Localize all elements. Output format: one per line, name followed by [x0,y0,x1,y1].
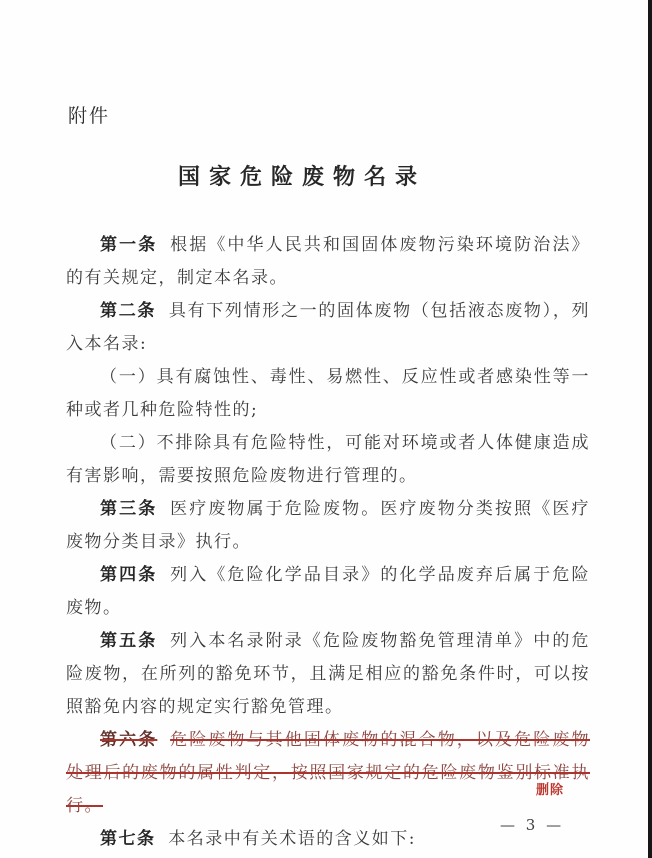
article-2-item-1: （一）具有腐蚀性、毒性、易燃性、反应性或者感染性等一种或者几种危险特性的; [66,361,590,427]
article-2-item-2: （二）不排除具有危险特性，可能对环境或者人体健康造成有害影响，需要按照危险废物进… [66,427,590,493]
article-5-paragraph: 第五条列入本名录附录《危险废物豁免管理清单》中的危险废物，在所列的豁免环节，且满… [66,625,590,724]
article-2-paragraph: 第二条具有下列情形之一的固体废物（包括液态废物），列入本名录: [66,295,590,361]
scan-edge-line [648,0,652,858]
document-body: 第一条根据《中华人民共和国固体废物污染环境防治法》的有关规定，制定本名录。 第二… [66,229,590,856]
article-7-label: 第七条 [100,829,156,849]
document-title: 国家危险废物名录 [0,160,604,191]
attachment-label: 附件 [68,101,110,128]
page-number: — 3 — [500,816,564,834]
article-4-label: 第四条 [100,565,157,585]
article-6-paragraph-deleted: 第六条危险废物与其他固体废物的混合物，以及危险废物处理后的废物的属性判定，按照国… [66,724,590,823]
article-5-label: 第五条 [100,631,157,651]
document-page: 附件 国家危险废物名录 第一条根据《中华人民共和国固体废物污染环境防治法》的有关… [0,0,652,858]
article-6-label: 第六条 [100,730,157,750]
article-2-item-1-text: （一）具有腐蚀性、毒性、易燃性、反应性或者感染性等一种或者几种危险特性的; [66,367,590,420]
article-2-item-2-text: （二）不排除具有危险特性，可能对环境或者人体健康造成有害影响，需要按照危险废物进… [66,433,590,486]
article-1-label: 第一条 [100,235,157,255]
article-1-paragraph: 第一条根据《中华人民共和国固体废物污染环境防治法》的有关规定，制定本名录。 [66,229,590,295]
article-3-paragraph: 第三条医疗废物属于危险废物。医疗废物分类按照《医疗废物分类目录》执行。 [66,493,590,559]
article-2-label: 第二条 [100,301,156,321]
article-7-text: 本名录中有关术语的含义如下: [168,829,416,849]
article-3-label: 第三条 [100,499,157,519]
article-4-paragraph: 第四条列入《危险化学品目录》的化学品废弃后属于危险废物。 [66,559,590,625]
delete-revision-annotation: 删除 [536,779,564,798]
